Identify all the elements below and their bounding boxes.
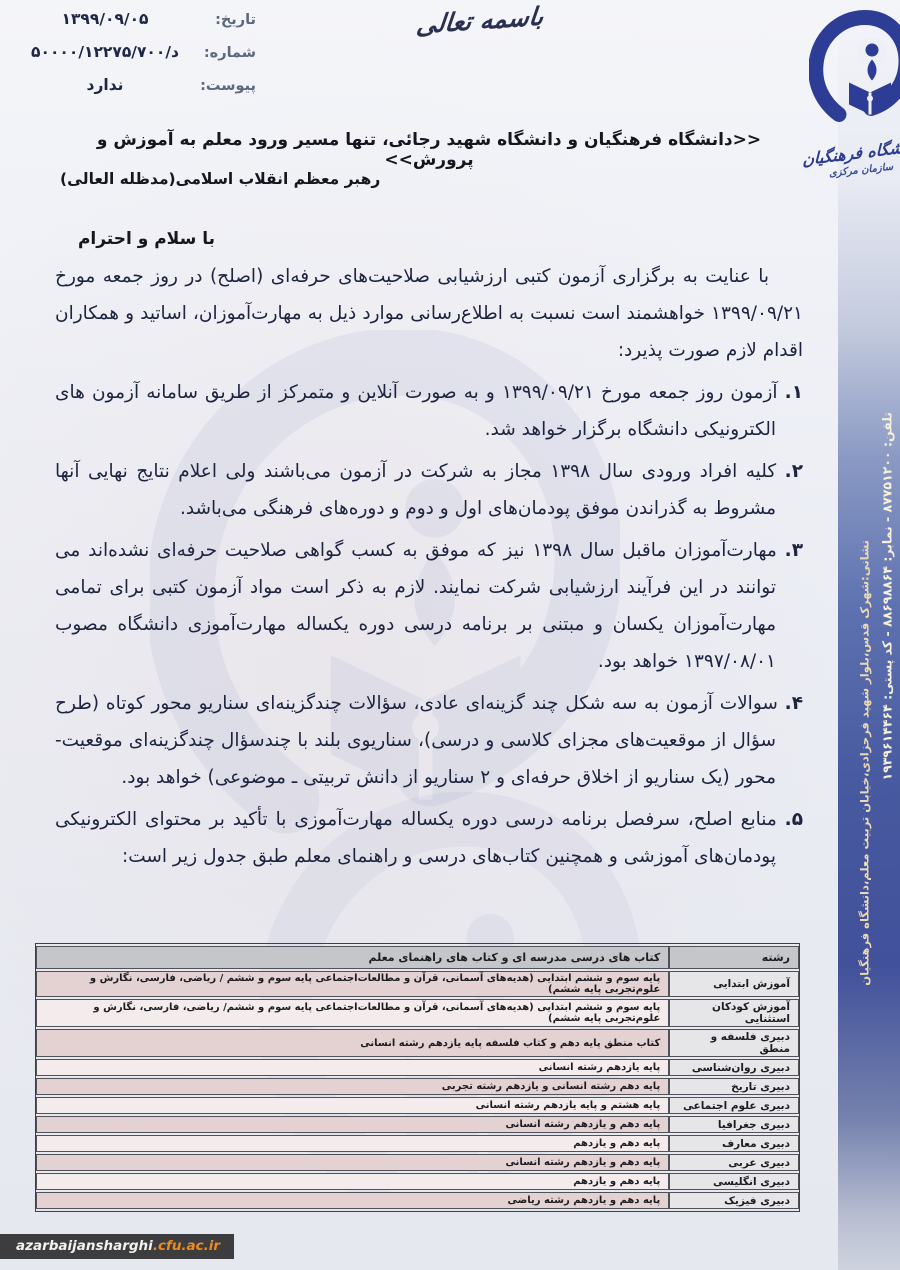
list-item-1: ۱. آزمون روز جمعه مورخ ۱۳۹۹/۰۹/۲۱ و به ص… — [55, 374, 803, 448]
letter-body: با سلام و احترام با عنایت به برگزاری آزم… — [55, 221, 803, 880]
number-label: شماره: — [194, 45, 256, 61]
field-cell: دبیری علوم اجتماعی — [669, 1097, 799, 1114]
site-watermark-badge: azarbaijansharghi.cfu.ac.ir — [0, 1234, 234, 1259]
besmele-calligraphy: باسمه تعالی — [394, 0, 567, 41]
table-row: آموزش ابتدایی پایه سوم و ششم ابتدایی (هد… — [36, 971, 799, 997]
books-cell: پایه سوم و ششم ابتدایی (هدیه‌های آسمانی،… — [36, 999, 669, 1027]
item-number: ۵. — [785, 809, 803, 830]
field-cell: دبیری عربی — [669, 1154, 799, 1171]
header-field: رشته — [669, 946, 799, 969]
books-cell: پایه دهم و یازدهم رشته انسانی — [36, 1116, 669, 1133]
field-cell: آموزش ابتدایی — [669, 971, 799, 997]
item-number: ۴. — [785, 693, 803, 714]
item-text: سوالات آزمون به سه شکل چند گزینه‌ای عادی… — [55, 693, 778, 788]
item-text: کلیه افراد ورودی سال ۱۳۹۸ مجاز به شرکت د… — [55, 461, 776, 519]
letter-meta-block: تاریخ: ۱۳۹۹/۰۹/۰۵ شماره: د/۵۰۰۰۰/۱۲۲۷۵/۷… — [16, 10, 256, 109]
table-row: دبیری جغرافیا پایه دهم و یازدهم رشته انس… — [36, 1116, 799, 1133]
attachment-label: پیوست: — [194, 78, 256, 94]
books-cell: کتاب منطق پایه دهم و کتاب فلسفه پایه یاز… — [36, 1029, 669, 1057]
meta-row-attachment: پیوست: ندارد — [16, 76, 256, 109]
university-logo: دانشگاه فرهنگیان سازمان مرکزی — [796, 8, 900, 176]
item-text: مهارت‌آموزان ماقبل سال ۱۳۹۸ نیز که موفق … — [55, 540, 777, 672]
intro-paragraph: با عنایت به برگزاری آزمون کتبی ارزشیابی … — [55, 258, 803, 369]
quote-headline: <<دانشگاه فرهنگیان و دانشگاه شهید رجائی،… — [55, 130, 803, 170]
table-row: دبیری روان‌شناسی پایه یازدهم رشته انسانی — [36, 1059, 799, 1076]
table-row: دبیری عربی پایه دهم و یازدهم رشته انسانی — [36, 1154, 799, 1171]
field-cell: آموزش کودکان استثنایی — [669, 999, 799, 1027]
salutation: با سلام و احترام — [55, 221, 215, 258]
site-domain-suffix: .cfu.ac.ir — [153, 1238, 220, 1254]
field-cell: دبیری جغرافیا — [669, 1116, 799, 1133]
books-cell: پایه یازدهم رشته انسانی — [36, 1059, 669, 1076]
field-cell: دبیری تاریخ — [669, 1078, 799, 1095]
field-cell: دبیری روان‌شناسی — [669, 1059, 799, 1076]
meta-row-date: تاریخ: ۱۳۹۹/۰۹/۰۵ — [16, 10, 256, 43]
letterhead-address-line: نشانی:شهرک قدس،بلوار شهید فرحزادی،خیابان… — [858, 540, 872, 986]
header-books: کتاب های درسی مدرسه ای و کتاب های راهنما… — [36, 946, 669, 969]
books-cell: پایه دهم رشته انسانی و یازدهم رشته تجربی — [36, 1078, 669, 1095]
field-cell: دبیری معارف — [669, 1135, 799, 1152]
item-text: آزمون روز جمعه مورخ ۱۳۹۹/۰۹/۲۱ و به صورت… — [55, 382, 778, 440]
books-cell: پایه دهم و یازدهم رشته ریاضی — [36, 1192, 669, 1209]
field-cell: دبیری فلسفه و منطق — [669, 1029, 799, 1057]
attachment-value: ندارد — [16, 76, 194, 94]
scanned-letter-page: تلفن: ۸۷۷۵۱۲۰۰ - نمابر: ۸۸۶۹۸۸۶۴ - کد پس… — [0, 0, 900, 1270]
table-row: دبیری فیزیک پایه دهم و یازدهم رشته ریاضی — [36, 1192, 799, 1209]
site-name: azarbaijansharghi — [16, 1238, 153, 1254]
list-item-3: ۳. مهارت‌آموزان ماقبل سال ۱۳۹۸ نیز که مو… — [55, 532, 803, 680]
item-number: ۳. — [785, 540, 803, 561]
list-item-4: ۴. سوالات آزمون به سه شکل چند گزینه‌ای ع… — [55, 685, 803, 796]
field-cell: دبیری انگلیسی — [669, 1173, 799, 1190]
date-label: تاریخ: — [194, 12, 256, 28]
books-cell: پایه هشتم و پایه یازدهم رشته انسانی — [36, 1097, 669, 1114]
list-item-2: ۲. کلیه افراد ورودی سال ۱۳۹۸ مجاز به شرک… — [55, 453, 803, 527]
quote-attribution: رهبر معظم انقلاب اسلامی(مدظله العالی) — [60, 170, 420, 188]
date-value: ۱۳۹۹/۰۹/۰۵ — [16, 10, 194, 28]
item-number: ۲. — [785, 461, 803, 482]
number-value: د/۵۰۰۰۰/۱۲۲۷۵/۷۰۰ — [16, 43, 194, 61]
table-row: دبیری علوم اجتماعی پایه هشتم و پایه یازد… — [36, 1097, 799, 1114]
books-cell: پایه دهم و یازدهم رشته انسانی — [36, 1154, 669, 1171]
letterhead-contact-line: تلفن: ۸۷۷۵۱۲۰۰ - نمابر: ۸۸۶۹۸۸۶۴ - کد پس… — [880, 412, 895, 781]
university-emblem-icon — [809, 8, 900, 137]
table-row: دبیری فلسفه و منطق کتاب منطق پایه دهم و … — [36, 1029, 799, 1057]
table-row: دبیری تاریخ پایه دهم رشته انسانی و یازده… — [36, 1078, 799, 1095]
books-cell: پایه دهم و یازدهم — [36, 1173, 669, 1190]
table-row: دبیری انگلیسی پایه دهم و یازدهم — [36, 1173, 799, 1190]
books-cell: پایه سوم و ششم ابتدایی (هدیه‌های آسمانی،… — [36, 971, 669, 997]
curriculum-books-table: رشته کتاب های درسی مدرسه ای و کتاب های ر… — [35, 943, 800, 1212]
item-number: ۱. — [785, 382, 803, 403]
item-text: منابع اصلح، سرفصل برنامه درسی دوره یکسال… — [55, 809, 777, 867]
books-cell: پایه دهم و یازدهم — [36, 1135, 669, 1152]
meta-row-number: شماره: د/۵۰۰۰۰/۱۲۲۷۵/۷۰۰ — [16, 43, 256, 76]
list-item-5: ۵. منابع اصلح، سرفصل برنامه درسی دوره یک… — [55, 801, 803, 875]
table-row: آموزش کودکان استثنایی پایه سوم و ششم ابت… — [36, 999, 799, 1027]
field-cell: دبیری فیزیک — [669, 1192, 799, 1209]
table-row: دبیری معارف پایه دهم و یازدهم — [36, 1135, 799, 1152]
table-header-row: رشته کتاب های درسی مدرسه ای و کتاب های ر… — [36, 946, 799, 969]
